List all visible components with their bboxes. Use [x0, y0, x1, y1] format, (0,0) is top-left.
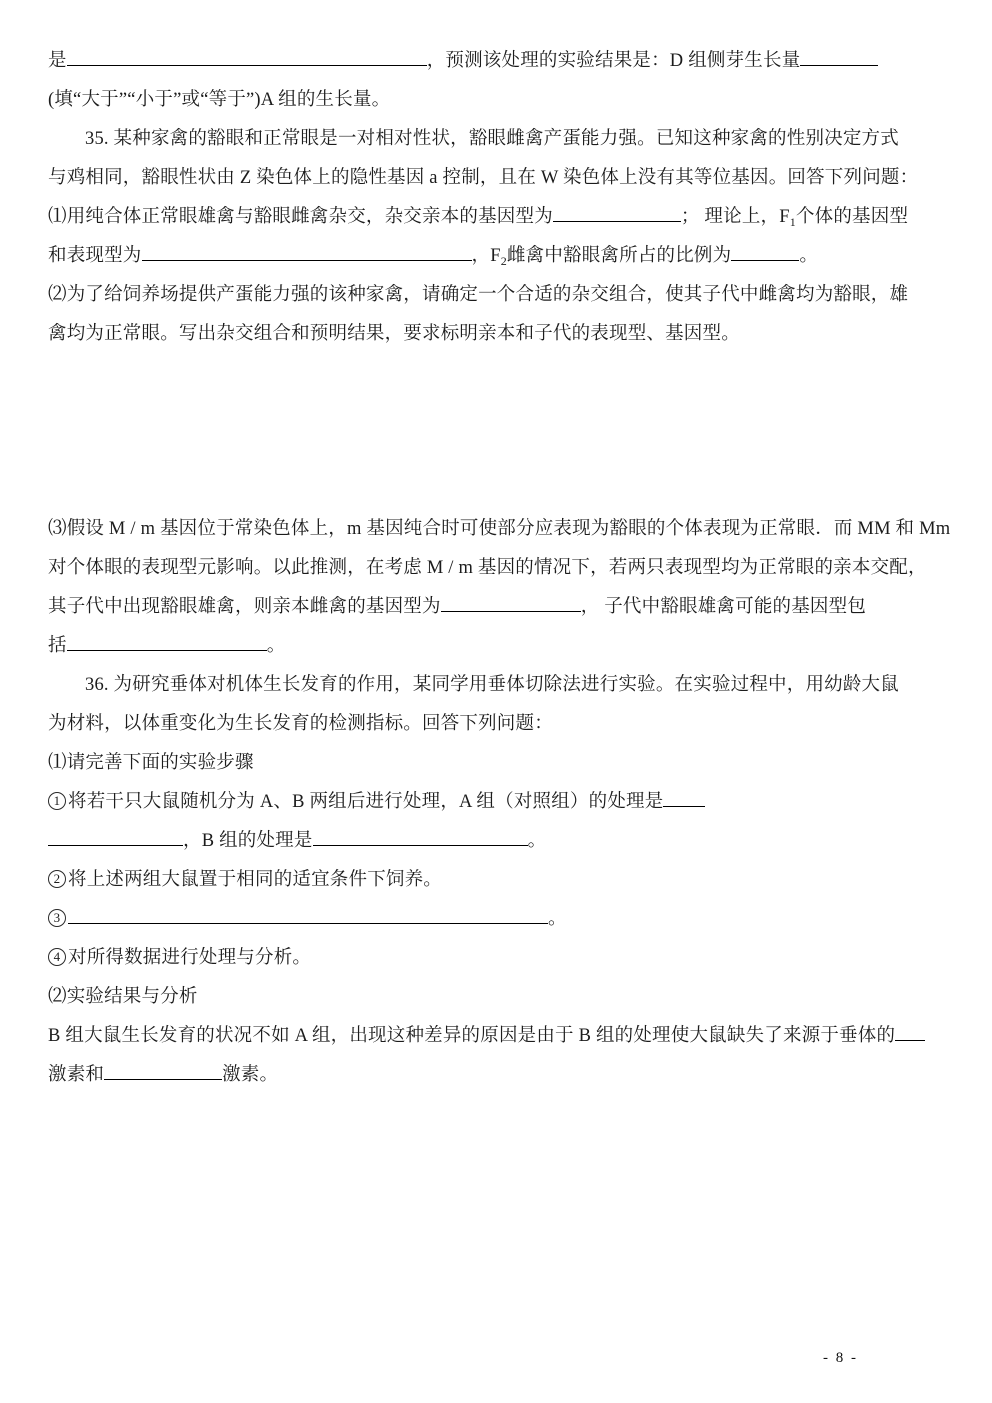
- exam-document-body: 是，预测该处理的实验结果是：D 组侧芽生长量(填“大于”“小于”或“等于”)A …: [48, 42, 952, 1095]
- answer-blank: [895, 1022, 925, 1041]
- answer-blank: [142, 242, 472, 261]
- text-run: 。: [799, 246, 818, 266]
- q36-part2-heading: ⑵实验结果与分析: [48, 978, 952, 1017]
- text-run: ， 子代中豁眼雄禽可能的基因型包: [581, 597, 866, 617]
- text-run: 和表现型为: [48, 246, 142, 266]
- q34-prediction-line: 是，预测该处理的实验结果是：D 组侧芽生长量: [48, 42, 952, 81]
- text-run: 与鸡相同，豁眼性状由 Z 染色体上的隐性基因 a 控制，且在 W 染色体上没有其…: [48, 168, 918, 188]
- answer-blank: [67, 47, 427, 66]
- text-run: 激素和: [48, 1065, 104, 1085]
- text-run: 。: [528, 831, 547, 851]
- q35-part3-line-3: 其子代中出现豁眼雄禽，则亲本雌禽的基因型为， 子代中豁眼雄禽可能的基因型包: [48, 588, 952, 627]
- text-run: 对个体眼的表现型元影响。以此推测，在考虑 M / m 基因的情况下，若两只表现型…: [48, 558, 927, 578]
- text-run: 。: [267, 636, 286, 656]
- q36-result-line-1: B 组大鼠生长发育的状况不如 A 组，出现这种差异的原因是由于 B 组的处理使大…: [48, 1017, 952, 1056]
- text-run: B 组大鼠生长发育的状况不如 A 组，出现这种差异的原因是由于 B 组的处理使大…: [48, 1026, 895, 1046]
- text-run: ，F: [472, 246, 501, 266]
- text-run: 35. 某种家禽的豁眼和正常眼是一对相对性状，豁眼雌禽产蛋能力强。已知这种家禽的…: [85, 129, 899, 149]
- q36-stem-line-1: 36. 为研究垂体对机体生长发育的作用，某同学用垂体切除法进行实验。在实验过程中…: [48, 666, 952, 705]
- answer-blank: [313, 827, 528, 846]
- text-run: (填“大于”“小于”或“等于”)A 组的生长量。: [48, 90, 390, 110]
- circled-step-number: 3: [48, 909, 66, 927]
- q35-stem-line-1: 35. 某种家禽的豁眼和正常眼是一对相对性状，豁眼雌禽产蛋能力强。已知这种家禽的…: [48, 120, 952, 159]
- q36-step3-line: 3。: [48, 900, 952, 939]
- text-run: 雌禽中豁眼禽所占的比例为: [507, 246, 731, 266]
- answer-blank: [104, 1061, 222, 1080]
- text-run: 禽均为正常眼。写出杂交组合和预明结果，要求标明亲本和子代的表现型、基因型。: [48, 324, 740, 344]
- q36-stem-line-2: 为材料，以体重变化为生长发育的检测指标。回答下列问题：: [48, 705, 952, 744]
- answer-blank: [67, 632, 267, 651]
- text-run: ； 理论上，F: [681, 207, 790, 227]
- answer-blank: [68, 905, 548, 924]
- text-run: 为材料，以体重变化为生长发育的检测指标。回答下列问题：: [48, 714, 553, 734]
- q36-step1-line-1: 1将若干只大鼠随机分为 A、B 两组后进行处理，A 组（对照组）的处理是: [48, 783, 952, 822]
- q36-result-line-2: 激素和激素。: [48, 1056, 952, 1095]
- answer-blank: [441, 593, 581, 612]
- text-run: 将上述两组大鼠置于相同的适宜条件下饲养。: [68, 870, 442, 890]
- q35-part3-line-2: 对个体眼的表现型元影响。以此推测，在考虑 M / m 基因的情况下，若两只表现型…: [48, 549, 952, 588]
- q35-stem-line-2: 与鸡相同，豁眼性状由 Z 染色体上的隐性基因 a 控制，且在 W 染色体上没有其…: [48, 159, 952, 198]
- answer-blank: [800, 47, 878, 66]
- q34-fill-hint-line: (填“大于”“小于”或“等于”)A 组的生长量。: [48, 81, 952, 120]
- q36-part1-heading: ⑴请完善下面的实验步骤: [48, 744, 952, 783]
- circled-step-number: 1: [48, 792, 66, 810]
- text-run: ⑴用纯合体正常眼雄禽与豁眼雌禽杂交，杂交亲本的基因型为: [48, 207, 553, 227]
- answer-blank: [663, 788, 705, 807]
- text-run: ⑶假设 M / m 基因位于常染色体上，m 基因纯合时可使部分应表现为豁眼的个体…: [48, 519, 950, 539]
- answer-blank: [553, 203, 681, 222]
- q35-part2-line-2: 禽均为正常眼。写出杂交组合和预明结果，要求标明亲本和子代的表现型、基因型。: [48, 315, 952, 354]
- page-number: - 8 -: [823, 1350, 858, 1367]
- text-run: ⑵实验结果与分析: [48, 987, 198, 1007]
- text-run: 激素。: [222, 1065, 278, 1085]
- text-run: 其子代中出现豁眼雄禽，则亲本雌禽的基因型为: [48, 597, 441, 617]
- text-run: ，预测该处理的实验结果是：D 组侧芽生长量: [427, 51, 801, 71]
- q35-part3-line-4: 括。: [48, 627, 952, 666]
- text-run: 对所得数据进行处理与分析。: [68, 948, 311, 968]
- text-run: 36. 为研究垂体对机体生长发育的作用，某同学用垂体切除法进行实验。在实验过程中…: [85, 675, 899, 695]
- answer-blank: [48, 827, 183, 846]
- circled-step-number: 2: [48, 870, 66, 888]
- q35-part2-line-1: ⑵为了给饲养场提供产蛋能力强的该种家禽，请确定一个合适的杂交组合，使其子代中雌禽…: [48, 276, 952, 315]
- circled-step-number: 4: [48, 948, 66, 966]
- text-run: 。: [548, 909, 567, 929]
- q35-part3-line-1: ⑶假设 M / m 基因位于常染色体上，m 基因纯合时可使部分应表现为豁眼的个体…: [48, 510, 952, 549]
- text-run: ⑴请完善下面的实验步骤: [48, 753, 254, 773]
- text-run: ，B 组的处理是: [183, 831, 313, 851]
- text-run: 个体的基因型: [796, 207, 908, 227]
- q35-part1-line-2: 和表现型为，F2雌禽中豁眼禽所占的比例为。: [48, 237, 952, 276]
- text-run: 括: [48, 636, 67, 656]
- q36-step2-line: 2将上述两组大鼠置于相同的适宜条件下饲养。: [48, 861, 952, 900]
- text-run: 将若干只大鼠随机分为 A、B 两组后进行处理，A 组（对照组）的处理是: [68, 792, 663, 812]
- text-run: ⑵为了给饲养场提供产蛋能力强的该种家禽，请确定一个合适的杂交组合，使其子代中雌禽…: [48, 285, 908, 305]
- q36-step1-line-2: ，B 组的处理是。: [48, 822, 952, 861]
- text-run: 是: [48, 51, 67, 71]
- q36-step4-line: 4对所得数据进行处理与分析。: [48, 939, 952, 978]
- q35-part1-line-1: ⑴用纯合体正常眼雄禽与豁眼雌禽杂交，杂交亲本的基因型为； 理论上，F1个体的基因…: [48, 198, 952, 237]
- q35-answer-space: [48, 354, 952, 510]
- answer-blank: [731, 242, 799, 261]
